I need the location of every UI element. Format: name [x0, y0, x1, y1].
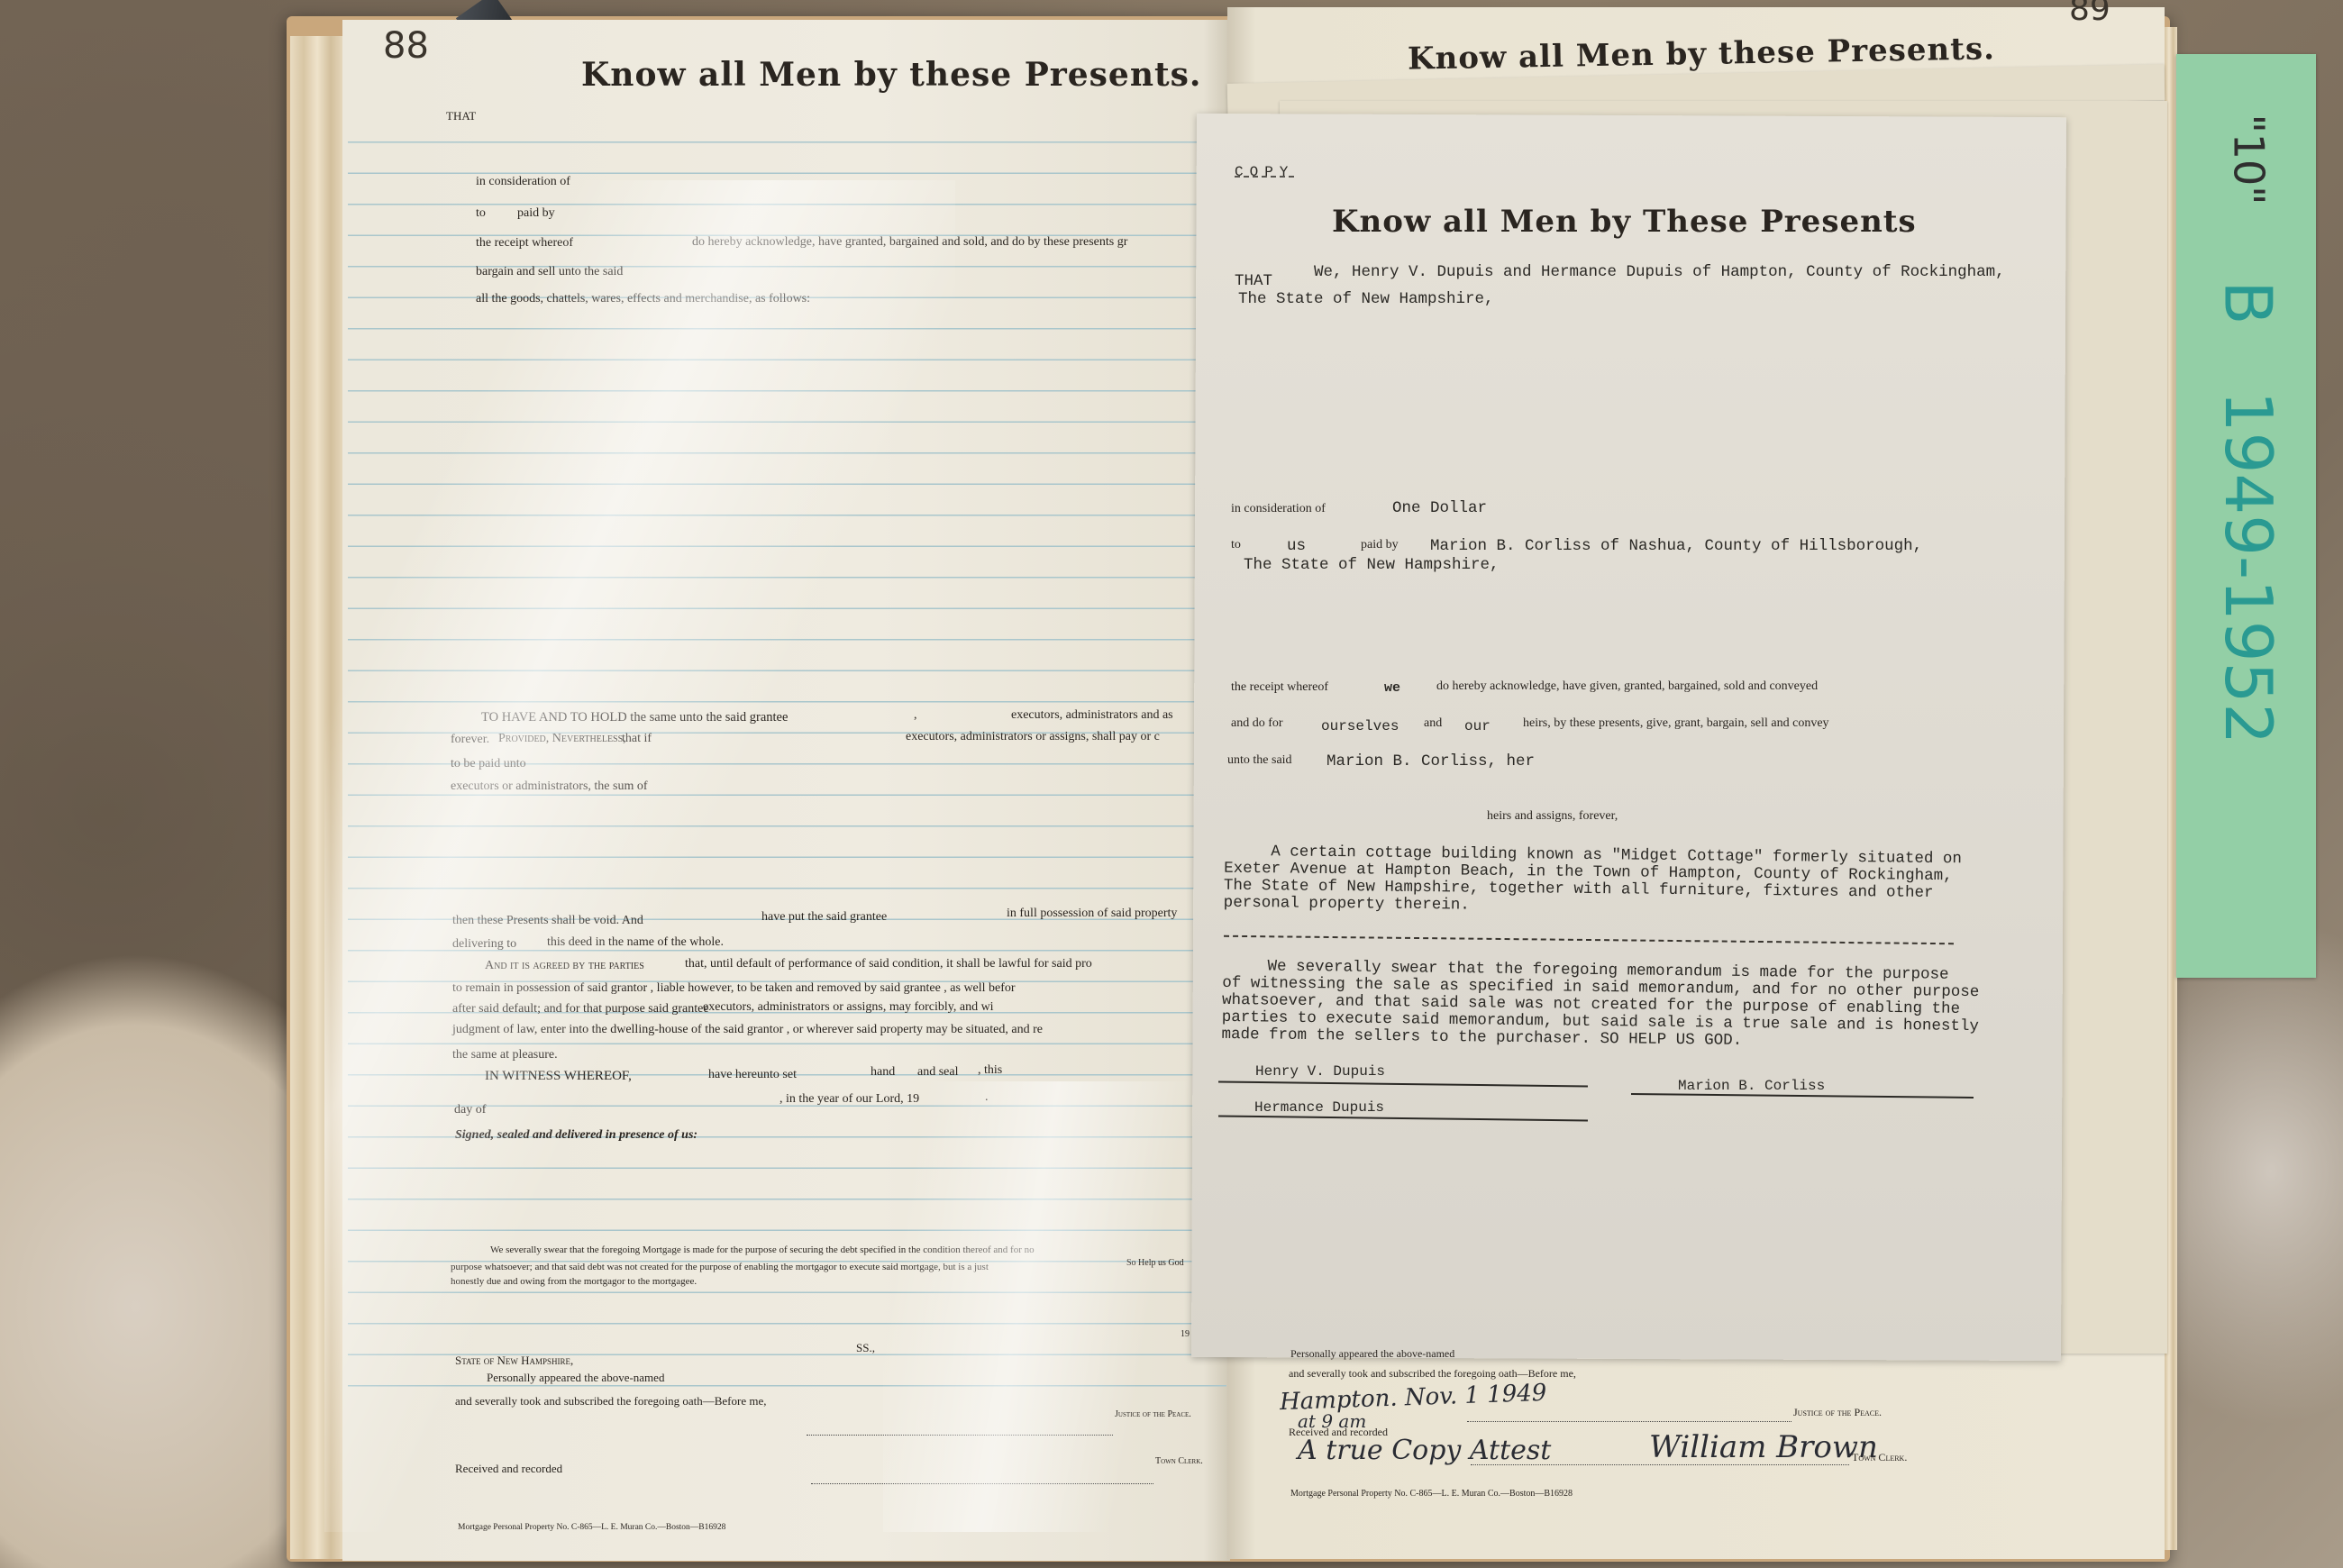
copy-to-label: to [1231, 538, 1241, 552]
form-agreed-caps: And it is agreed by the parties [485, 959, 644, 973]
left-received-label: Received and recorded [455, 1462, 562, 1476]
left-subscribed-text: and severally took and subscribed the fo… [455, 1394, 766, 1408]
right-page-number: 89 [2069, 0, 2111, 28]
copy-receipt-value: we [1384, 680, 1400, 696]
left-clerk-signature-line [811, 1483, 1153, 1484]
form-hereunto: have hereunto set [708, 1068, 797, 1082]
form-signed-sealed: Signed, sealed and delivered in presence… [455, 1128, 697, 1143]
form-year: , in the year of our Lord, 19 [779, 1092, 919, 1107]
form-deed: this deed in the name of the whole. [547, 935, 724, 950]
copy-oath: We severally swear that the foregoing me… [1221, 958, 1979, 1053]
form-year-period: . [985, 1090, 989, 1105]
form-forever-exec: executors, administrators or assigns, sh… [906, 730, 1160, 744]
copy-to-value: us [1287, 537, 1306, 555]
form-to-label: to [476, 206, 486, 221]
form-goods-text: all the goods, chattels, wares, effects … [476, 292, 810, 306]
copy-paid-by-label: paid by [1361, 538, 1399, 552]
handwritten-attest: A true Copy Attest [1298, 1435, 1551, 1466]
left-page-title: Know all Men by these Presents. [581, 56, 1201, 94]
form-delivering: delivering to [452, 937, 516, 952]
right-justice-label: Justice of the Peace. [1793, 1406, 1882, 1419]
left-justice-signature-line [807, 1435, 1113, 1436]
form-hand: hand [871, 1065, 895, 1080]
copy-paid-by-state: The State of New Hampshire, [1244, 556, 1500, 574]
copy-grantors-state: The State of New Hampshire, [1238, 290, 1494, 308]
form-consideration-label: in consideration of [476, 175, 570, 189]
copy-unto-label: unto the said [1227, 753, 1292, 768]
copy-paid-by-value: Marion B. Corliss of Nashua, County of H… [1430, 537, 1922, 555]
form-to-have-exec: executors, administrators and as [1011, 708, 1173, 723]
copy-grantors: We, Henry V. Dupuis and Hermance Dupuis … [1314, 263, 2005, 281]
copy-heirs-assigns: heirs and assigns, forever, [1487, 809, 1618, 824]
form-forever: forever. [451, 733, 489, 747]
left-appeared-text: Personally appeared the above-named [487, 1371, 664, 1385]
copy-consideration-value: One Dollar [1392, 499, 1487, 517]
tab-letter: B [2211, 280, 2286, 324]
form-that-if: that if [622, 732, 652, 746]
form-that-label: THAT [446, 109, 476, 123]
copy-and-value: our [1464, 718, 1491, 734]
form-judgment-text: judgment of law, enter into the dwelling… [452, 1023, 1043, 1037]
form-this: , this [978, 1063, 1002, 1078]
right-subscribed-text: and severally took and subscribed the fo… [1289, 1367, 1576, 1381]
left-justice-label: Justice of the Peace. [1115, 1409, 1191, 1419]
oath-line-2: purpose whatsoever; and that said debt w… [451, 1262, 989, 1272]
copy-signature-buyer: Marion B. Corliss [1678, 1078, 1825, 1094]
right-justice-signature-line [1467, 1421, 1791, 1422]
left-imprint: Mortgage Personal Property No. C-865—L. … [458, 1523, 725, 1532]
left-page-number: 88 [383, 25, 429, 67]
copy-and-label: and [1424, 716, 1442, 731]
form-remain-text: to remain in possession of said grantor … [452, 981, 1016, 996]
form-day-of: day of [454, 1103, 486, 1117]
copy-that-label: THAT [1235, 272, 1272, 290]
oath-help-us-god: So Help us God [1126, 1258, 1184, 1268]
form-receipt-label: the receipt whereof [476, 236, 573, 251]
copy-receipt-label: the receipt whereof [1231, 680, 1328, 695]
left-clerk-label: Town Clerk. [1155, 1456, 1203, 1466]
form-void-put: have put the said grantee [761, 910, 887, 925]
tab-years: 1949-1952 [2211, 391, 2286, 744]
left-ss-label: SS., [856, 1341, 875, 1355]
form-void-possession: in full possession of said property [1007, 907, 1177, 921]
form-void-text: then these Presents shall be void. And [452, 914, 643, 928]
oath-line-3: honestly due and owing from the mortgago… [451, 1276, 697, 1287]
right-appeared-text: Personally appeared the above-named [1290, 1347, 1454, 1361]
form-seal: and seal [917, 1065, 958, 1080]
form-bargain-text: bargain and sell unto the said [476, 265, 623, 279]
copy-heirs-text: heirs, by these presents, give, grant, b… [1523, 716, 1829, 731]
copy-signature-seller1: Henry V. Dupuis [1255, 1063, 1385, 1080]
handwritten-clerk-signature: William Brown [1649, 1429, 1878, 1465]
form-agreed-text: that, until default of performance of sa… [685, 957, 1092, 971]
copy-consideration-label: in consideration of [1231, 502, 1326, 516]
left-year-19: 19 [1181, 1329, 1190, 1339]
tab-quote-number: "10" [2224, 114, 2273, 205]
copy-description: A certain cottage building known as "Mid… [1224, 843, 1962, 920]
left-page-stack-edge [290, 36, 344, 1559]
copy-signature-seller2: Hermance Dupuis [1254, 1099, 1384, 1116]
form-after-text: after said default; and for that purpose… [452, 1002, 709, 1016]
copy-label: COPY [1235, 164, 1294, 180]
copy-unto-value: Marion B. Corliss, her [1326, 752, 1535, 770]
copy-do-for-value: ourselves [1321, 718, 1399, 734]
form-acknowledge-text: do hereby acknowledge, have granted, bar… [692, 235, 1127, 250]
form-comma: , [914, 708, 917, 723]
form-witness: IN WITNESS WHEREOF, [485, 1069, 632, 1084]
form-paid-unto: to be paid unto [451, 757, 526, 771]
form-paid-by-label: paid by [517, 206, 555, 221]
oath-line-1: We severally swear that the foregoing Mo… [490, 1244, 1035, 1255]
copy-title: Know all Men by These Presents [1332, 204, 1917, 240]
index-tab-labels: "10" B 1949-1952 [2199, 108, 2298, 973]
right-imprint: Mortgage Personal Property No. C-865—L. … [1290, 1489, 1573, 1499]
form-exec-sum: executors or administrators, the sum of [451, 779, 648, 794]
copy-acknowledge-text: do hereby acknowledge, have given, grant… [1436, 679, 1818, 694]
right-clerk-label: Town Clerk. [1852, 1451, 1907, 1464]
form-to-have-text: TO HAVE AND TO HOLD the same unto the sa… [481, 710, 788, 725]
form-after-exec: executors, administrators or assigns, ma… [703, 1000, 994, 1015]
copy-do-for-label: and do for [1231, 716, 1283, 731]
left-state-label: State of New Hampshire, [455, 1354, 573, 1368]
form-pleasure-text: the same at pleasure. [452, 1048, 558, 1062]
form-provided: Provided, Nevertheless, [498, 732, 626, 746]
